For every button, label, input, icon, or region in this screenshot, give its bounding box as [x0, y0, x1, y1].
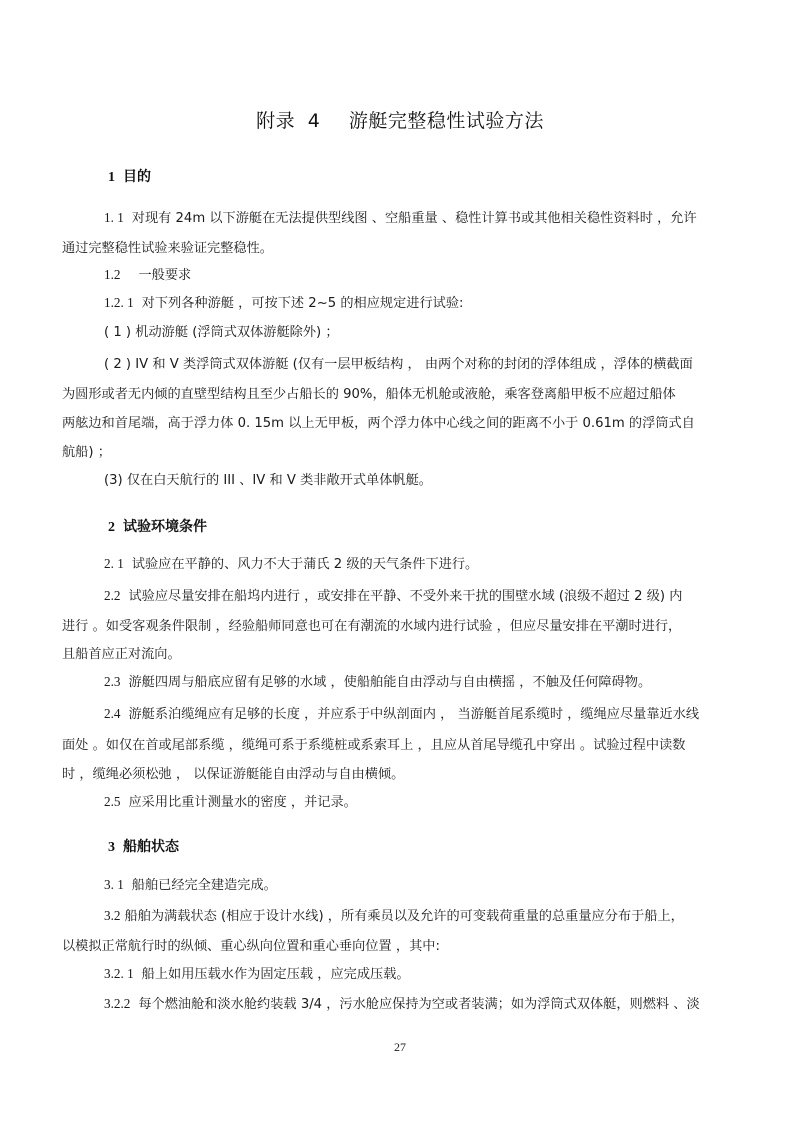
- title-prefix: 附录: [256, 110, 295, 132]
- list-item-1: ( 1 ) 机动游艇 (浮筒式双体游艇除外) ；: [104, 321, 339, 340]
- document-page: 附录 4 游艇完整稳性试验方法 1目的 1. 1对现有 24m 以下游艇在无法提…: [0, 0, 800, 1131]
- title-text: 游艇完整稳性试验方法: [349, 110, 544, 132]
- section-heading-1: 1目的: [108, 166, 151, 186]
- list-item-2-cont-2: 两舷边和首尾端，高于浮力体 0. 15m 以上无甲板，两个浮力体中心线之间的距离…: [62, 412, 695, 431]
- section-heading-3: 3船舶状态: [108, 836, 179, 856]
- paragraph-3-2-cont: 以模拟正常航行时的纵倾、重心纵向位置和重心垂向位置 ，其中:: [62, 935, 440, 954]
- section-heading-2: 2试验环境条件: [108, 516, 207, 536]
- page-title: 附录 4 游艇完整稳性试验方法: [0, 106, 800, 133]
- paragraph-3-2: 3.2船舶为满载状态 (相应于设计水线) ，所有乘员以及允许的可变载荷重量的总重…: [104, 905, 684, 924]
- paragraph-2-2: 2.2试验应尽量安排在船坞内进行 ，或安排在平静、不受外来干扰的围壁水域 (浪级…: [104, 585, 682, 604]
- paragraph-3-2-2: 3.2.2每个燃油舱和淡水舱约装载 3/4 ，污水舱应保持为空或者装满；如为浮筒…: [104, 993, 700, 1012]
- title-number: 4: [308, 110, 321, 132]
- paragraph-1-2: 1.2一般要求: [104, 264, 191, 283]
- paragraph-2-3: 2.3游艇四周与船底应留有足够的水域 ，使船舶能自由浮动与自由横摇 ，不触及任何…: [104, 671, 651, 690]
- paragraph-2-4: 2.4游艇系泊缆绳应有足够的长度 ，并应系于中纵剖面内 ， 当游艇首尾系缆时 ，…: [104, 703, 699, 722]
- paragraph-2-2-cont-1: 进行 。如受客观条件限制 ，经验船师同意也可在有潮流的水域内进行试验 ，但应尽量…: [62, 615, 681, 634]
- paragraph-3-2-1: 3.2. 1船上如用压载水作为固定压载 ，应完成压载。: [104, 963, 410, 982]
- paragraph-2-1: 2. 1试验应在平静的、风力不大于蒲氏 2 级的天气条件下进行。: [104, 553, 478, 572]
- paragraph-2-4-cont-1: 面处 。如仅在首或尾部系缆 ，缆绳可系于系缆桩或系索耳上 ，且应从首尾导缆孔中穿…: [62, 734, 685, 753]
- paragraph-2-4-cont-2: 时 ，缆绳必须松弛 ， 以保证游艇能自由浮动与自由横倾。: [62, 763, 404, 782]
- paragraph-3-1: 3. 1船舶已经完全建造完成。: [104, 874, 277, 893]
- paragraph-1-1: 1. 1对现有 24m 以下游艇在无法提供型线图 、空船重量 、稳性计算书或其他…: [104, 207, 697, 226]
- paragraph-1-2-1: 1.2. 1对下列各种游艇 ，可按下述 2~5 的相应规定进行试验:: [104, 292, 463, 311]
- paragraph-2-5: 2.5应采用比重计测量水的密度 ，并记录。: [104, 791, 357, 810]
- paragraph-1-1-cont: 通过完整稳性试验来验证完整稳性。: [62, 237, 273, 256]
- list-item-2: ( 2 ) IV 和 V 类浮筒式双体游艇 (仅有一层甲板结构 ， 由两个对称的…: [104, 353, 693, 372]
- paragraph-2-2-cont-2: 且船首应正对流向。: [62, 643, 181, 662]
- list-item-3: (3) 仅在白天航行的 III 、IV 和 V 类非敞开式单体帆艇。: [104, 469, 432, 488]
- page-number: 27: [0, 1040, 800, 1055]
- list-item-2-cont-1: 为圆形或者无内倾的直壁型结构且至少占船长的 90%，船体无机舱或液舱，乘客登离船…: [62, 383, 676, 402]
- list-item-2-cont-3: 航船) ；: [62, 441, 111, 460]
